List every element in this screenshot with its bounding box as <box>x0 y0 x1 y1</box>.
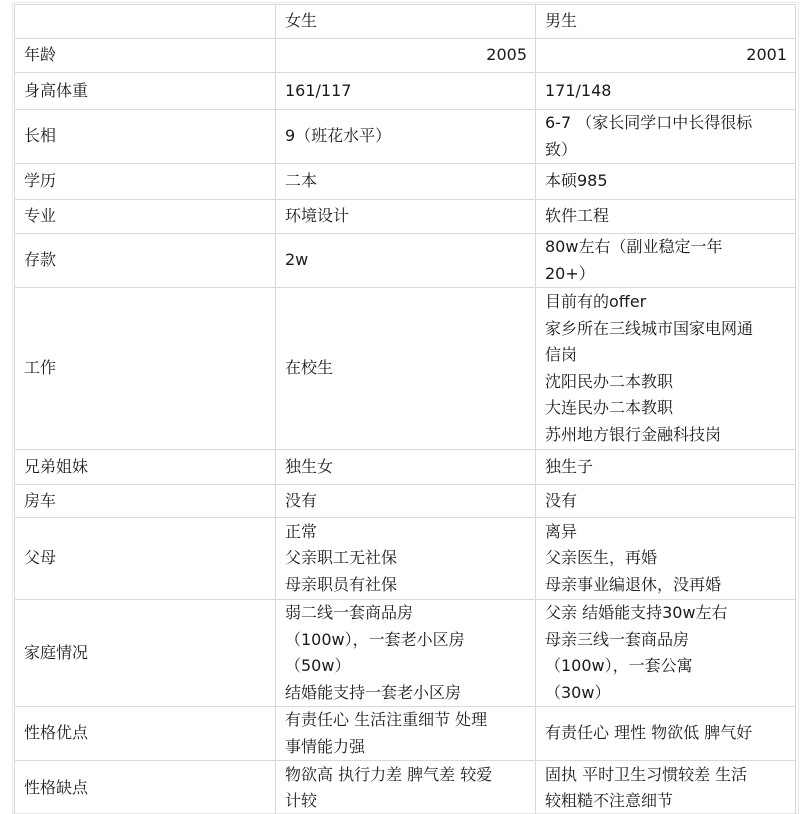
male-cell-line: 苏州地方银行金融科技岗 <box>545 422 787 449</box>
male-cell-line: 独生子 <box>545 454 787 481</box>
row-label: 专业 <box>15 200 276 234</box>
female-cell-line: 事情能力强 <box>285 734 527 761</box>
male-cell-line: （30w） <box>545 680 787 707</box>
table-row: 身高体重161/117171/148 <box>15 73 796 110</box>
male-cell-line: 母亲事业编退休，没再婚 <box>545 572 787 599</box>
female-cell-line: 在校生 <box>285 355 527 382</box>
table-row: 房车没有没有 <box>15 485 796 518</box>
table-row: 存款2w80w左右（副业稳定一年20+） <box>15 234 796 288</box>
male-cell-line: 80w左右（副业稳定一年 <box>545 234 787 261</box>
table-row: 性格优点有责任心 生活注重细节 处理事情能力强有责任心 理性 物欲低 脾气好 <box>15 707 796 761</box>
male-cell-line: 2001 <box>545 42 787 69</box>
female-cell-line: 正常 <box>285 519 527 546</box>
male-cell: 目前有的offer家乡所在三线城市国家电网通信岗沈阳民办二本教职大连民办二本教职… <box>536 288 796 450</box>
male-cell-line: 父亲医生，再婚 <box>545 545 787 572</box>
row-label: 兄弟姐妹 <box>15 450 276 485</box>
male-cell-line: 固执 平时卫生习惯较差 生活 <box>545 762 787 789</box>
female-cell-line: 弱二线一套商品房 <box>285 600 527 627</box>
comparison-table: 女生 男生 年龄20052001身高体重161/117171/148长相9（班花… <box>14 4 796 814</box>
header-row: 女生 男生 <box>15 5 796 39</box>
row-label: 性格优点 <box>15 707 276 761</box>
female-cell: 二本 <box>276 164 536 200</box>
female-cell: 环境设计 <box>276 200 536 234</box>
male-cell-line: 信岗 <box>545 342 787 369</box>
male-cell: 6-7 （家长同学口中长得很标致） <box>536 110 796 164</box>
male-cell: 本硕985 <box>536 164 796 200</box>
male-cell-line: 致） <box>545 137 787 164</box>
row-label: 家庭情况 <box>15 600 276 707</box>
female-cell-line: （100w），一套老小区房 <box>285 627 527 654</box>
female-cell: 物欲高 执行力差 脾气差 较爱计较 <box>276 761 536 814</box>
row-label: 存款 <box>15 234 276 288</box>
male-cell-line: 171/148 <box>545 78 787 105</box>
table-row: 家庭情况弱二线一套商品房（100w），一套老小区房（50w）结婚能支持一套老小区… <box>15 600 796 707</box>
comparison-table-container: 女生 男生 年龄20052001身高体重161/117171/148长相9（班花… <box>14 4 795 810</box>
row-label: 长相 <box>15 110 276 164</box>
female-cell: 有责任心 生活注重细节 处理事情能力强 <box>276 707 536 761</box>
male-cell: 有责任心 理性 物欲低 脾气好 <box>536 707 796 761</box>
male-cell: 2001 <box>536 39 796 73</box>
male-cell: 独生子 <box>536 450 796 485</box>
table-body: 年龄20052001身高体重161/117171/148长相9（班花水平）6-7… <box>15 39 796 814</box>
female-cell-line: 9（班花水平） <box>285 123 527 150</box>
male-cell-line: 6-7 （家长同学口中长得很标 <box>545 110 787 137</box>
header-corner <box>15 5 276 39</box>
male-cell-line: 目前有的offer <box>545 289 787 316</box>
table-row: 性格缺点物欲高 执行力差 脾气差 较爱计较固执 平时卫生习惯较差 生活较粗糙不注… <box>15 761 796 814</box>
male-cell-line: 软件工程 <box>545 203 787 230</box>
male-cell-line: 较粗糙不注意细节 <box>545 788 787 814</box>
female-cell-line: 母亲职员有社保 <box>285 572 527 599</box>
female-cell: 9（班花水平） <box>276 110 536 164</box>
female-cell-line: 父亲职工无社保 <box>285 545 527 572</box>
table-row: 学历二本本硕985 <box>15 164 796 200</box>
male-cell: 父亲 结婚能支持30w左右母亲三线一套商品房（100w），一套公寓（30w） <box>536 600 796 707</box>
female-cell: 独生女 <box>276 450 536 485</box>
male-cell: 没有 <box>536 485 796 518</box>
table-row: 父母正常父亲职工无社保母亲职员有社保离异父亲医生，再婚母亲事业编退休，没再婚 <box>15 518 796 600</box>
female-cell: 2005 <box>276 39 536 73</box>
table-row: 年龄20052001 <box>15 39 796 73</box>
female-cell-line: 计较 <box>285 788 527 814</box>
male-cell-line: 有责任心 理性 物欲低 脾气好 <box>545 720 787 747</box>
female-cell: 2w <box>276 234 536 288</box>
male-cell-line: 大连民办二本教职 <box>545 395 787 422</box>
female-cell-line: 结婚能支持一套老小区房 <box>285 680 527 707</box>
table-row: 专业环境设计软件工程 <box>15 200 796 234</box>
female-cell-line: 161/117 <box>285 78 527 105</box>
female-cell-line: 没有 <box>285 488 527 515</box>
row-label: 父母 <box>15 518 276 600</box>
female-cell-line: 2005 <box>285 42 527 69</box>
header-female: 女生 <box>276 5 536 39</box>
female-cell-line: 2w <box>285 247 527 274</box>
table-row: 兄弟姐妹独生女独生子 <box>15 450 796 485</box>
male-cell: 固执 平时卫生习惯较差 生活较粗糙不注意细节 <box>536 761 796 814</box>
row-label: 房车 <box>15 485 276 518</box>
male-cell: 80w左右（副业稳定一年20+） <box>536 234 796 288</box>
male-cell-line: 没有 <box>545 488 787 515</box>
female-cell-line: 有责任心 生活注重细节 处理 <box>285 707 527 734</box>
female-cell-line: 二本 <box>285 168 527 195</box>
table-row: 工作在校生目前有的offer家乡所在三线城市国家电网通信岗沈阳民办二本教职大连民… <box>15 288 796 450</box>
male-cell-line: 本硕985 <box>545 168 787 195</box>
male-cell-line: 离异 <box>545 519 787 546</box>
male-cell-line: （100w），一套公寓 <box>545 653 787 680</box>
row-label: 年龄 <box>15 39 276 73</box>
male-cell-line: 沈阳民办二本教职 <box>545 369 787 396</box>
row-label: 学历 <box>15 164 276 200</box>
male-cell-line: 20+） <box>545 261 787 288</box>
male-cell: 171/148 <box>536 73 796 110</box>
female-cell: 没有 <box>276 485 536 518</box>
female-cell: 在校生 <box>276 288 536 450</box>
header-male: 男生 <box>536 5 796 39</box>
female-cell: 161/117 <box>276 73 536 110</box>
male-cell-line: 父亲 结婚能支持30w左右 <box>545 600 787 627</box>
female-cell: 弱二线一套商品房（100w），一套老小区房（50w）结婚能支持一套老小区房 <box>276 600 536 707</box>
female-cell-line: 物欲高 执行力差 脾气差 较爱 <box>285 762 527 789</box>
row-label: 身高体重 <box>15 73 276 110</box>
female-cell-line: （50w） <box>285 653 527 680</box>
table-row: 长相9（班花水平）6-7 （家长同学口中长得很标致） <box>15 110 796 164</box>
male-cell: 软件工程 <box>536 200 796 234</box>
row-label: 性格缺点 <box>15 761 276 814</box>
male-cell-line: 母亲三线一套商品房 <box>545 627 787 654</box>
row-label: 工作 <box>15 288 276 450</box>
male-cell: 离异父亲医生，再婚母亲事业编退休，没再婚 <box>536 518 796 600</box>
female-cell-line: 独生女 <box>285 454 527 481</box>
male-cell-line: 家乡所在三线城市国家电网通 <box>545 316 787 343</box>
female-cell-line: 环境设计 <box>285 203 527 230</box>
female-cell: 正常父亲职工无社保母亲职员有社保 <box>276 518 536 600</box>
